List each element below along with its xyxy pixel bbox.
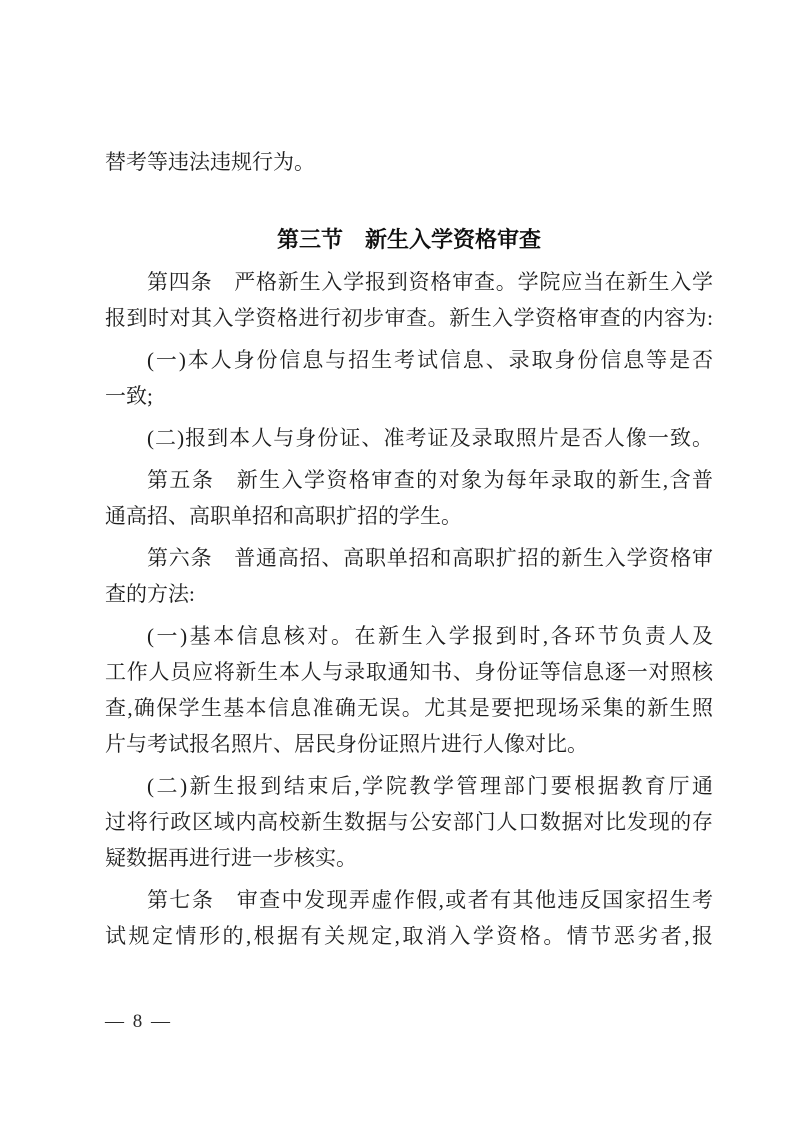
text-line: 片与考试报名照片、居民身份证照片进行人像对比。 [105, 726, 713, 762]
document-page: 替考等违法违规行为。 第三节 新生入学资格审查 第四条 严格新生入学报到资格审查… [0, 0, 794, 1122]
paragraph: (二)新生报到结束后,学院教学管理部门要根据教育厅通 过将行政区域内高校新生数据… [105, 768, 713, 876]
text-line: 第六条 普通高招、高职单招和高职扩招的新生入学资格审 [105, 540, 713, 576]
text-line: (二)新生报到结束后,学院教学管理部门要根据教育厅通 [105, 768, 713, 804]
document-content: 替考等违法违规行为。 第三节 新生入学资格审查 第四条 严格新生入学报到资格审查… [105, 144, 713, 954]
text-line: 一致; [105, 378, 713, 414]
text-line: (一)本人身份信息与招生考试信息、录取身份信息等是否 [105, 342, 713, 378]
text-line: (一)基本信息核对。在新生入学报到时,各环节负责人及 [105, 618, 713, 654]
text-line: 试规定情形的,根据有关规定,取消入学资格。情节恶劣者,报 [105, 918, 713, 954]
paragraph: (一)本人身份信息与招生考试信息、录取身份信息等是否 一致; [105, 342, 713, 414]
section-heading: 第三节 新生入学资格审查 [105, 222, 713, 258]
paragraph: 第七条 审查中发现弄虚作假,或者有其他违反国家招生考 试规定情形的,根据有关规定… [105, 882, 713, 954]
paragraph: 第四条 严格新生入学报到资格审查。学院应当在新生入学 报到时对其入学资格进行初步… [105, 264, 713, 336]
text-line: 通高招、高职单招和高职扩招的学生。 [105, 498, 713, 534]
text-line: 工作人员应将新生本人与录取通知书、身份证等信息逐一对照核 [105, 654, 713, 690]
text-line: 第五条 新生入学资格审查的对象为每年录取的新生,含普 [105, 462, 713, 498]
text-line: 过将行政区域内高校新生数据与公安部门人口数据对比发现的存 [105, 804, 713, 840]
text-line: 报到时对其入学资格进行初步审查。新生入学资格审查的内容为: [105, 300, 713, 336]
text-line: 第七条 审查中发现弄虚作假,或者有其他违反国家招生考 [105, 882, 713, 918]
continuation-line: 替考等违法违规行为。 [105, 144, 713, 180]
text-line: 查,确保学生基本信息准确无误。尤其是要把现场采集的新生照 [105, 690, 713, 726]
text-line: 疑数据再进行进一步核实。 [105, 840, 713, 876]
paragraph: 第六条 普通高招、高职单招和高职扩招的新生入学资格审 查的方法: [105, 540, 713, 612]
text-line: 第四条 严格新生入学报到资格审查。学院应当在新生入学 [105, 264, 713, 300]
page-number: — 8 — [105, 1004, 172, 1040]
paragraph: 第五条 新生入学资格审查的对象为每年录取的新生,含普 通高招、高职单招和高职扩招… [105, 462, 713, 534]
text-line: (二)报到本人与身份证、准考证及录取照片是否人像一致。 [105, 420, 713, 456]
paragraph: (二)报到本人与身份证、准考证及录取照片是否人像一致。 [105, 420, 713, 456]
text-line: 查的方法: [105, 576, 713, 612]
paragraph: (一)基本信息核对。在新生入学报到时,各环节负责人及 工作人员应将新生本人与录取… [105, 618, 713, 762]
